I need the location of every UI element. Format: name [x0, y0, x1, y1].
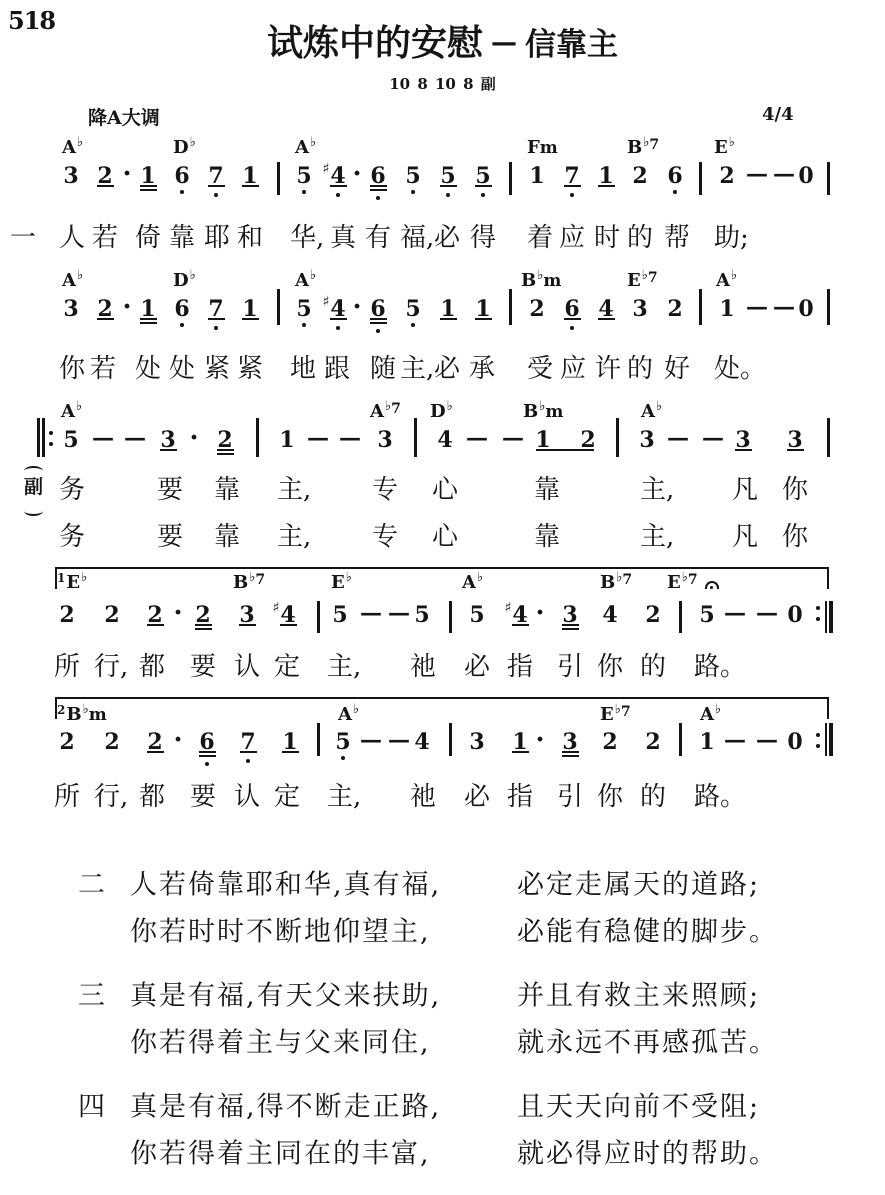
verse-line-first-half: 真是有福,得不断走正路, [130, 1094, 441, 1121]
additional-verses: 二人若倚靠耶和华,真有福,必定走属天的道路;你若时时不断地仰望主,必能有稳健的脚… [0, 0, 885, 1195]
verse-line-first-half: 真是有福,有天父来扶助, [130, 983, 441, 1010]
verse-line-second-half: 就必得应时的帮助。 [517, 1141, 778, 1168]
verse-number: 三 [78, 983, 107, 1010]
verse-line-second-half: 必能有稳健的脚步。 [517, 919, 778, 946]
verse-line-second-half: 且天天向前不受阻; [517, 1094, 760, 1121]
verse-line-first-half: 你若得着主与父来同住, [130, 1030, 431, 1057]
verse-line-first-half: 你若得着主同在的丰富, [130, 1141, 431, 1168]
verse-line-second-half: 并且有救主来照顾; [517, 983, 760, 1010]
verse-number: 四 [78, 1094, 107, 1121]
verse-number: 二 [78, 872, 107, 899]
verse-line-second-half: 就永远不再感孤苦。 [517, 1030, 778, 1057]
verse-line-second-half: 必定走属天的道路; [517, 872, 760, 899]
verse-line-first-half: 你若时时不断地仰望主, [130, 919, 431, 946]
verse-line-first-half: 人若倚靠耶和华,真有福, [130, 872, 441, 899]
